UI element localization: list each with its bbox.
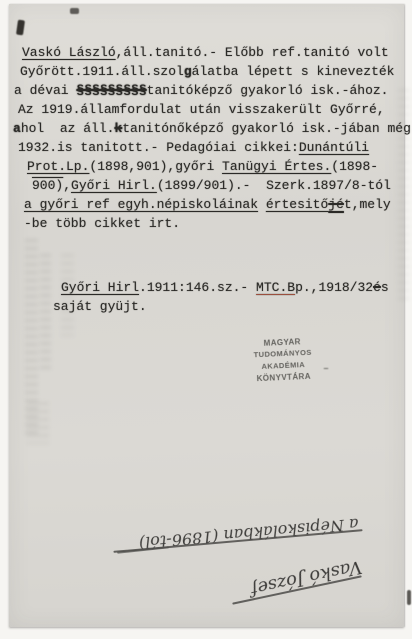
ink-blot-bottom-right	[407, 590, 411, 605]
typed-line: Vaskó László,áll.tanitó.- Előbb ref.tani…	[22, 43, 411, 62]
typed-line: Győri Hirl.1911:146.sz.- MTC.Bp.,1918/32…	[61, 278, 389, 297]
bleed-through-smudge-4	[398, 89, 409, 304]
scanned-catalog-card: { "colors":{"paper":"#d9d7d2","frame":"#…	[0, 0, 412, 639]
typed-line: Győrött.1911.áll.szolgálatba lépett s ki…	[20, 62, 411, 81]
typed-line: saját gyüjt.	[53, 297, 389, 316]
biography-text: Vaskó László,áll.tanitó.- Előbb ref.tani…	[13, 43, 411, 233]
ink-blot-top-edge	[70, 8, 79, 14]
stamp-dash: –	[323, 364, 329, 375]
typed-line: 900),Győri Hirl.(1899/901).- Szerk.1897/…	[32, 176, 411, 195]
typed-line: Az 1919.államfordulat után visszakerült …	[18, 100, 411, 119]
typed-line: a győri ref egyh.népiskoláinak értesitőj…	[24, 195, 411, 214]
bleed-through-smudge-5	[61, 254, 74, 336]
typed-line: Prot.Lp.(1898,901),győri Tanügyi Értes.(…	[27, 157, 411, 176]
typed-line: a dévai §§§§§§§§§tanitóképző gyakorló is…	[14, 81, 411, 100]
bleed-through-smudge-2	[40, 254, 51, 369]
bleed-through-smudge-3	[27, 402, 49, 444]
typed-line: 1932.is tanitott.- Pedagóiai cikkei:Duná…	[18, 138, 411, 157]
typed-line: -be több cikket irt.	[24, 214, 411, 233]
index-card: Vaskó László,áll.tanitó.- Előbb ref.tani…	[9, 4, 404, 627]
reference-text: Győri Hirl.1911:146.sz.- MTC.Bp.,1918/32…	[53, 278, 389, 316]
typed-line: ahol az áll.ktanitónőképző gyakorló isk.…	[13, 119, 411, 138]
ink-blot-top-left	[16, 20, 25, 36]
library-stamp: MAGYAR TUDOMÁNYOS AKADÉMIA KÖNYVTÁRA	[232, 335, 334, 385]
